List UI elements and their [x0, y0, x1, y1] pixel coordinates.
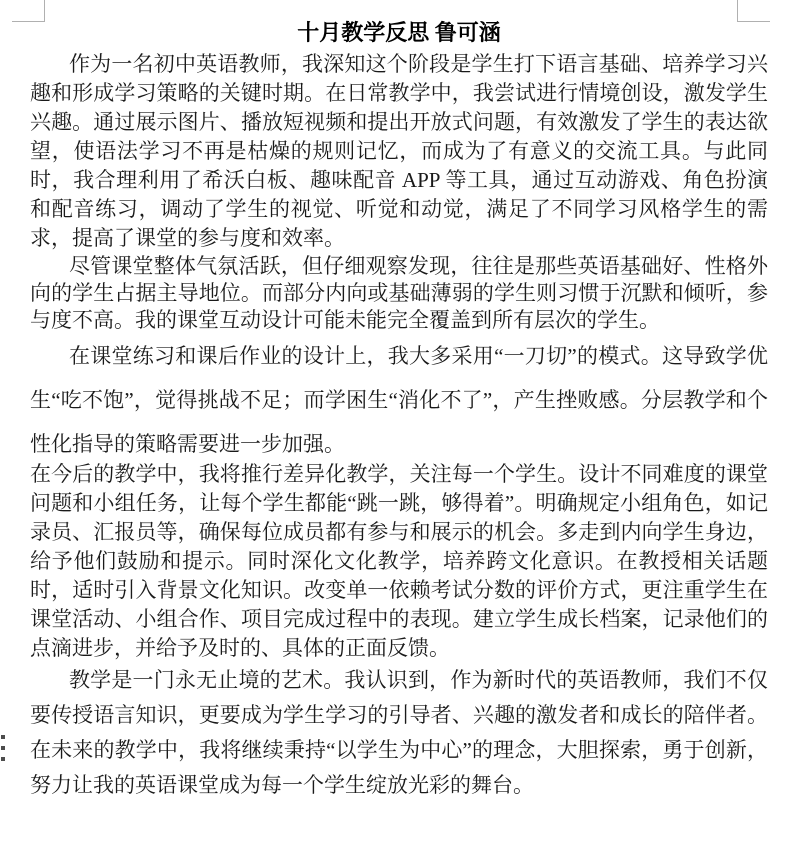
margin-dot — [1, 735, 5, 739]
document-title[interactable]: 十月教学反思 鲁可涵 — [30, 19, 768, 46]
margin-dots-indicator — [1, 735, 5, 761]
paragraph[interactable]: 教学是一门永无止境的艺术。我认识到，作为新时代的英语教师，我们不仅要传授语言知识… — [30, 663, 768, 803]
paragraph[interactable]: 在课堂练习和课后作业的设计上，我大多采用“一刀切”的模式。这导致学优生“吃不饱”… — [30, 334, 768, 466]
paragraph[interactable]: 尽管课堂整体气氛活跃，但仔细观察发现，往往是那些英语基础好、性格外向的学生占据主… — [30, 253, 768, 334]
margin-dot — [1, 757, 5, 761]
margin-dot — [1, 746, 5, 750]
document-page: 十月教学反思 鲁可涵 作为一名初中英语教师，我深知这个阶段是学生打下语言基础、培… — [0, 0, 794, 843]
paragraph[interactable]: 在今后的教学中，我将推行差异化教学，关注每一个学生。设计不同难度的课堂问题和小组… — [30, 460, 768, 663]
paragraph[interactable]: 作为一名初中英语教师，我深知这个阶段是学生打下语言基础、培养学习兴趣和形成学习策… — [30, 50, 768, 253]
document-body[interactable]: 作为一名初中英语教师，我深知这个阶段是学生打下语言基础、培养学习兴趣和形成学习策… — [30, 50, 768, 803]
